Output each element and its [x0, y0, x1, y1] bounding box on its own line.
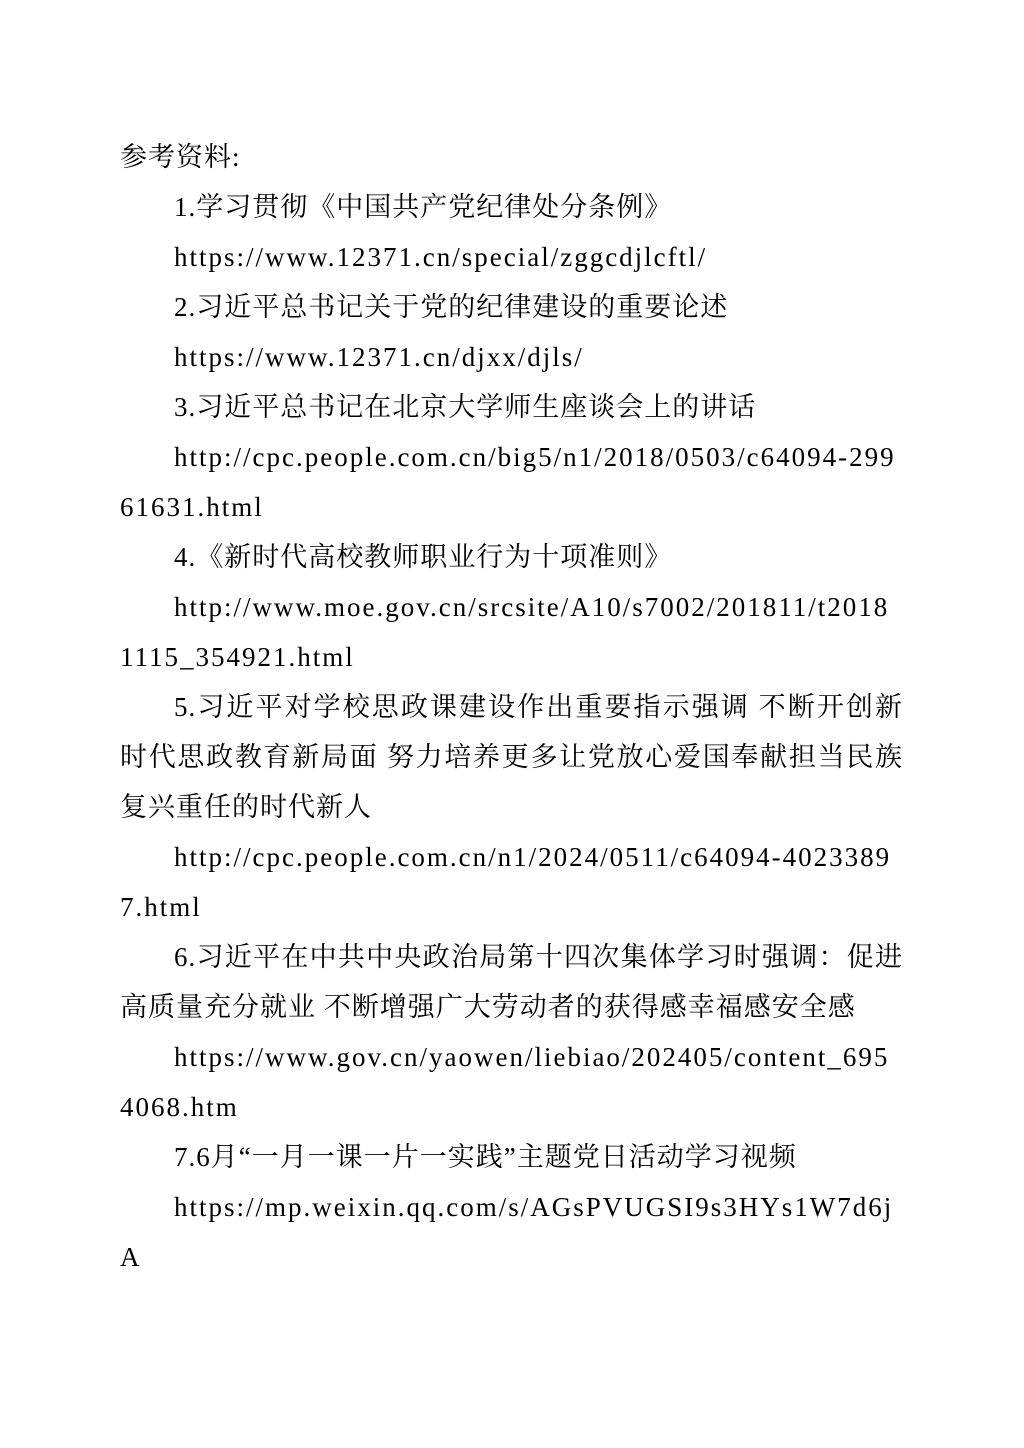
document-heading: 参考资料: — [120, 132, 903, 182]
reference-title: 3.习近平总书记在北京大学师生座谈会上的讲话 — [120, 382, 903, 432]
reference-url: http://cpc.people.com.cn/big5/n1/2018/05… — [120, 432, 903, 532]
reference-url: https://www.12371.cn/special/zggcdjlcftl… — [120, 232, 903, 282]
reference-url: https://mp.weixin.qq.com/s/AGsPVUGSI9s3H… — [120, 1182, 903, 1282]
reference-url: http://cpc.people.com.cn/n1/2024/0511/c6… — [120, 832, 903, 932]
reference-list: 1.学习贯彻《中国共产党纪律处分条例》https://www.12371.cn/… — [120, 182, 903, 1282]
reference-title: 6.习近平在中共中央政治局第十四次集体学习时强调：促进高质量充分就业 不断增强广… — [120, 932, 903, 1032]
reference-title: 2.习近平总书记关于党的纪律建设的重要论述 — [120, 282, 903, 332]
reference-url: https://www.gov.cn/yaowen/liebiao/202405… — [120, 1032, 903, 1132]
reference-title: 5.习近平对学校思政课建设作出重要指示强调 不断开创新时代思政教育新局面 努力培… — [120, 682, 903, 832]
reference-url: http://www.moe.gov.cn/srcsite/A10/s7002/… — [120, 582, 903, 682]
reference-title: 4.《新时代高校教师职业行为十项准则》 — [120, 532, 903, 582]
reference-title: 1.学习贯彻《中国共产党纪律处分条例》 — [120, 182, 903, 232]
document-page: 参考资料: 1.学习贯彻《中国共产党纪律处分条例》https://www.123… — [0, 0, 1024, 1448]
reference-url: https://www.12371.cn/djxx/djls/ — [120, 332, 903, 382]
reference-title: 7.6月“一月一课一片一实践”主题党日活动学习视频 — [120, 1132, 903, 1182]
